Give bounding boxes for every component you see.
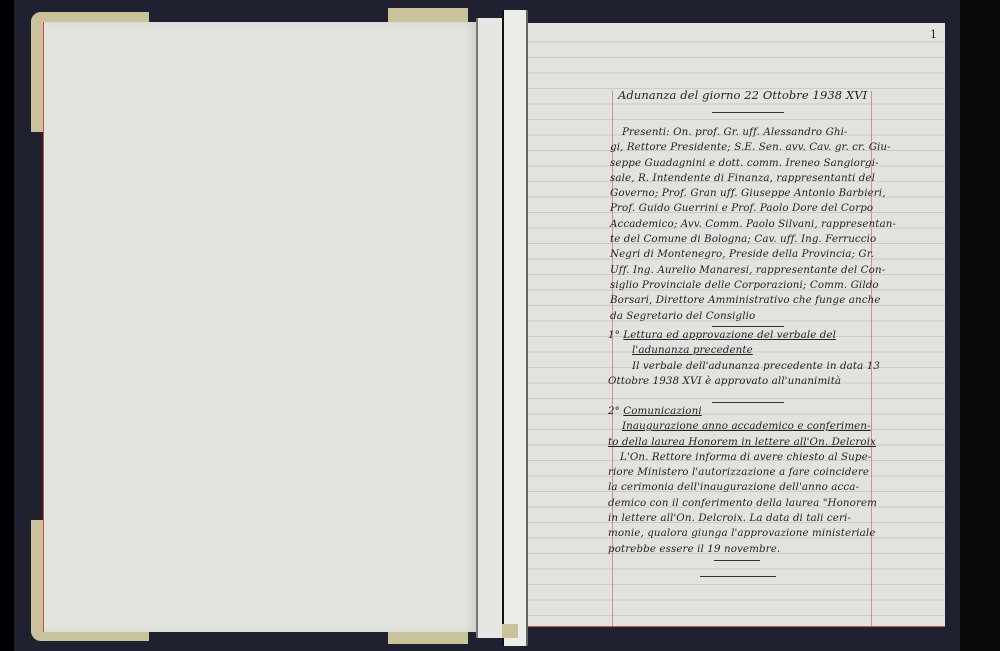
attendees-line: te del Comune di Bologna; Cav. uff. Ing.… <box>610 232 896 247</box>
attendees-line: Governo; Prof. Gran uff. Giuseppe Antoni… <box>610 186 896 201</box>
agenda-item-subheading: to della laurea Honorem in lettere all'O… <box>608 436 876 448</box>
agenda-item-subheading: Inaugurazione anno accademico e conferim… <box>622 420 871 432</box>
spine-corner-protector <box>502 624 518 638</box>
attendees-line: Accademico; Avv. Comm. Paolo Silvani, ra… <box>610 217 896 232</box>
agenda-item-2: 2° Comunicazioni Inaugurazione anno acca… <box>608 404 877 557</box>
title-separator <box>712 112 784 113</box>
agenda-item-heading: Lettura ed approvazione del verbale del <box>623 329 836 341</box>
agenda-item-number: 1° <box>608 329 620 341</box>
agenda-item-body: riore Ministero l'autorizzazione a fare … <box>608 465 877 480</box>
agenda-item-1: 1° Lettura ed approvazione del verbale d… <box>608 328 880 389</box>
closing-separator <box>700 576 776 577</box>
attendees-line: Borsari, Direttore Amministrativo che fu… <box>610 293 896 308</box>
page-number: 1 <box>930 28 937 41</box>
agenda-item-body: in lettere all'On. Delcroix. La data di … <box>608 511 877 526</box>
book-spine <box>476 18 526 638</box>
section-separator <box>712 402 784 403</box>
attendees-line: da Segretario del Consiglio <box>610 309 896 324</box>
corner-protector-top-spine <box>388 8 468 22</box>
agenda-item-body: demico con il conferimento della laurea … <box>608 496 877 511</box>
agenda-item-number: 2° <box>608 405 620 417</box>
attendees-line: Uff. Ing. Aurelio Manaresi, rappresentan… <box>610 263 896 278</box>
agenda-item-body: L'On. Rettore informa di avere chiesto a… <box>608 450 877 465</box>
closing-separator <box>714 560 760 561</box>
agenda-item-heading: Comunicazioni <box>623 405 701 417</box>
attendees-paragraph: Presenti: On. prof. Gr. uff. Alessandro … <box>610 125 896 324</box>
agenda-item-body: monie, qualora giunga l'approvazione min… <box>608 526 877 541</box>
corner-protector-bottom-spine <box>388 632 468 644</box>
spine-fold-left <box>476 18 502 638</box>
agenda-item-body: la cerimonia dell'inaugurazione dell'ann… <box>608 480 877 495</box>
spine-fold-right <box>502 10 528 646</box>
scan-border <box>0 0 14 651</box>
meeting-title: Adunanza del giorno 22 Ottobre 1938 XVI <box>618 88 867 103</box>
attendees-line: sale, R. Intendente di Finanza, rapprese… <box>610 171 896 186</box>
agenda-item-body: Il verbale dell'adunanza precedente in d… <box>608 359 880 374</box>
attendees-line: Negri di Montenegro, Preside della Provi… <box>610 247 896 262</box>
attendees-line: Prof. Guido Guerrini e Prof. Paolo Dore … <box>610 201 896 216</box>
scan-border-right <box>960 0 1000 651</box>
attendees-line: gi, Rettore Presidente; S.E. Sen. avv. C… <box>610 140 896 155</box>
agenda-item-body: potrebbe essere il 19 novembre. <box>608 542 877 557</box>
section-separator <box>712 326 784 327</box>
left-page-blank <box>43 22 476 632</box>
attendees-line: Presenti: On. prof. Gr. uff. Alessandro … <box>610 125 896 140</box>
agenda-item-body: Ottobre 1938 XVI è approvato all'unanimi… <box>608 374 880 389</box>
attendees-line: siglio Provinciale delle Corporazioni; C… <box>610 278 896 293</box>
attendees-line: seppe Guadagnini e dott. comm. Ireneo Sa… <box>610 156 896 171</box>
agenda-item-heading: l'adunanza precedente <box>632 344 753 356</box>
